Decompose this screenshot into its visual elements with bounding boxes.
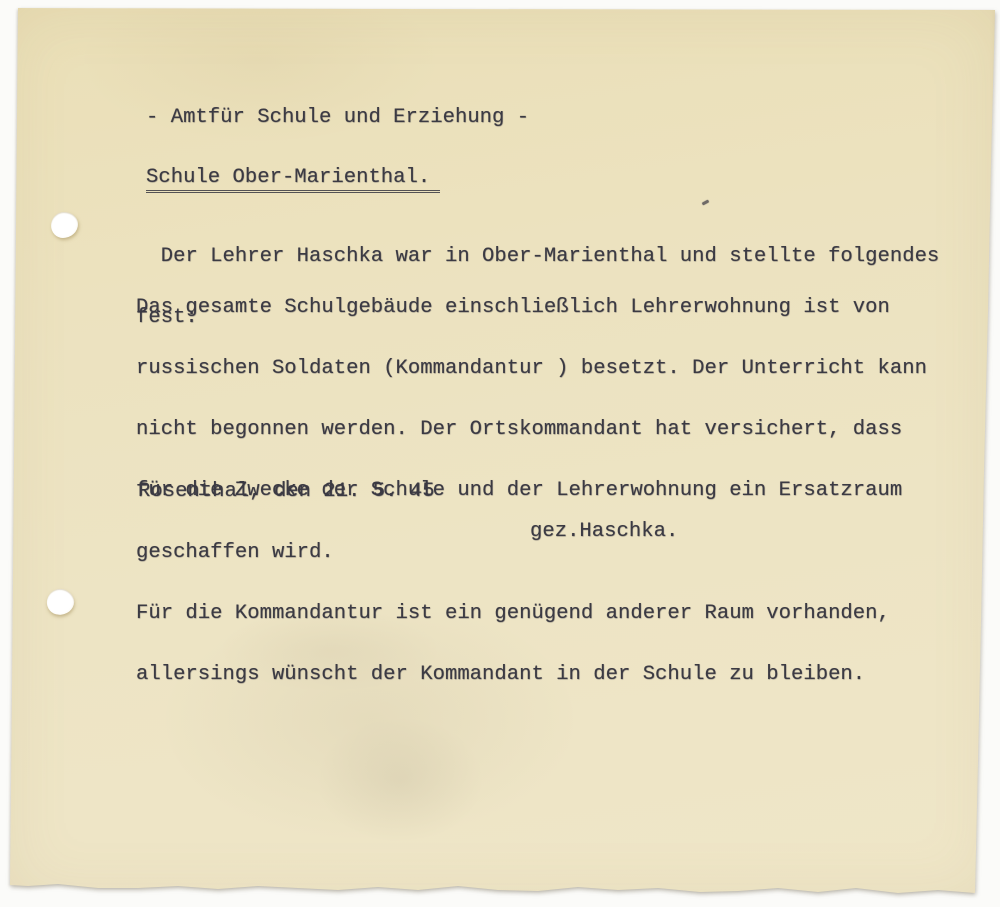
document-title: Schule Ober-Marienthal.	[146, 168, 440, 193]
stray-ink-mark	[702, 200, 710, 206]
punch-hole-top	[51, 212, 78, 238]
paper-shadow-wrap: - Amtfür Schule und Erziehung - Schule O…	[0, 0, 1000, 907]
signature-line: gez.Haschka.	[530, 522, 678, 542]
document-title-text: Schule Ober-Marienthal.	[146, 168, 440, 193]
punch-hole-bottom	[44, 586, 77, 618]
paper-sheet: - Amtfür Schule und Erziehung - Schule O…	[0, 0, 1000, 907]
body-line: geschaffen wird.	[136, 543, 927, 563]
document-header: - Amtfür Schule und Erziehung -	[146, 108, 529, 128]
body-line: Das gesamte Schulgebäude einschließlich …	[136, 298, 927, 318]
date-line: Rosenthal, den 21. 5. 45	[138, 482, 435, 502]
body-line: nicht begonnen werden. Der Ortskommandan…	[136, 420, 927, 440]
body-line: Für die Kommandantur ist ein genügend an…	[136, 604, 927, 624]
scanned-document-page: - Amtfür Schule und Erziehung - Schule O…	[0, 0, 1000, 907]
body-line: russischen Soldaten (Kommandantur ) bese…	[136, 359, 927, 379]
body-line: allersings wünscht der Kommandant in der…	[136, 665, 927, 685]
